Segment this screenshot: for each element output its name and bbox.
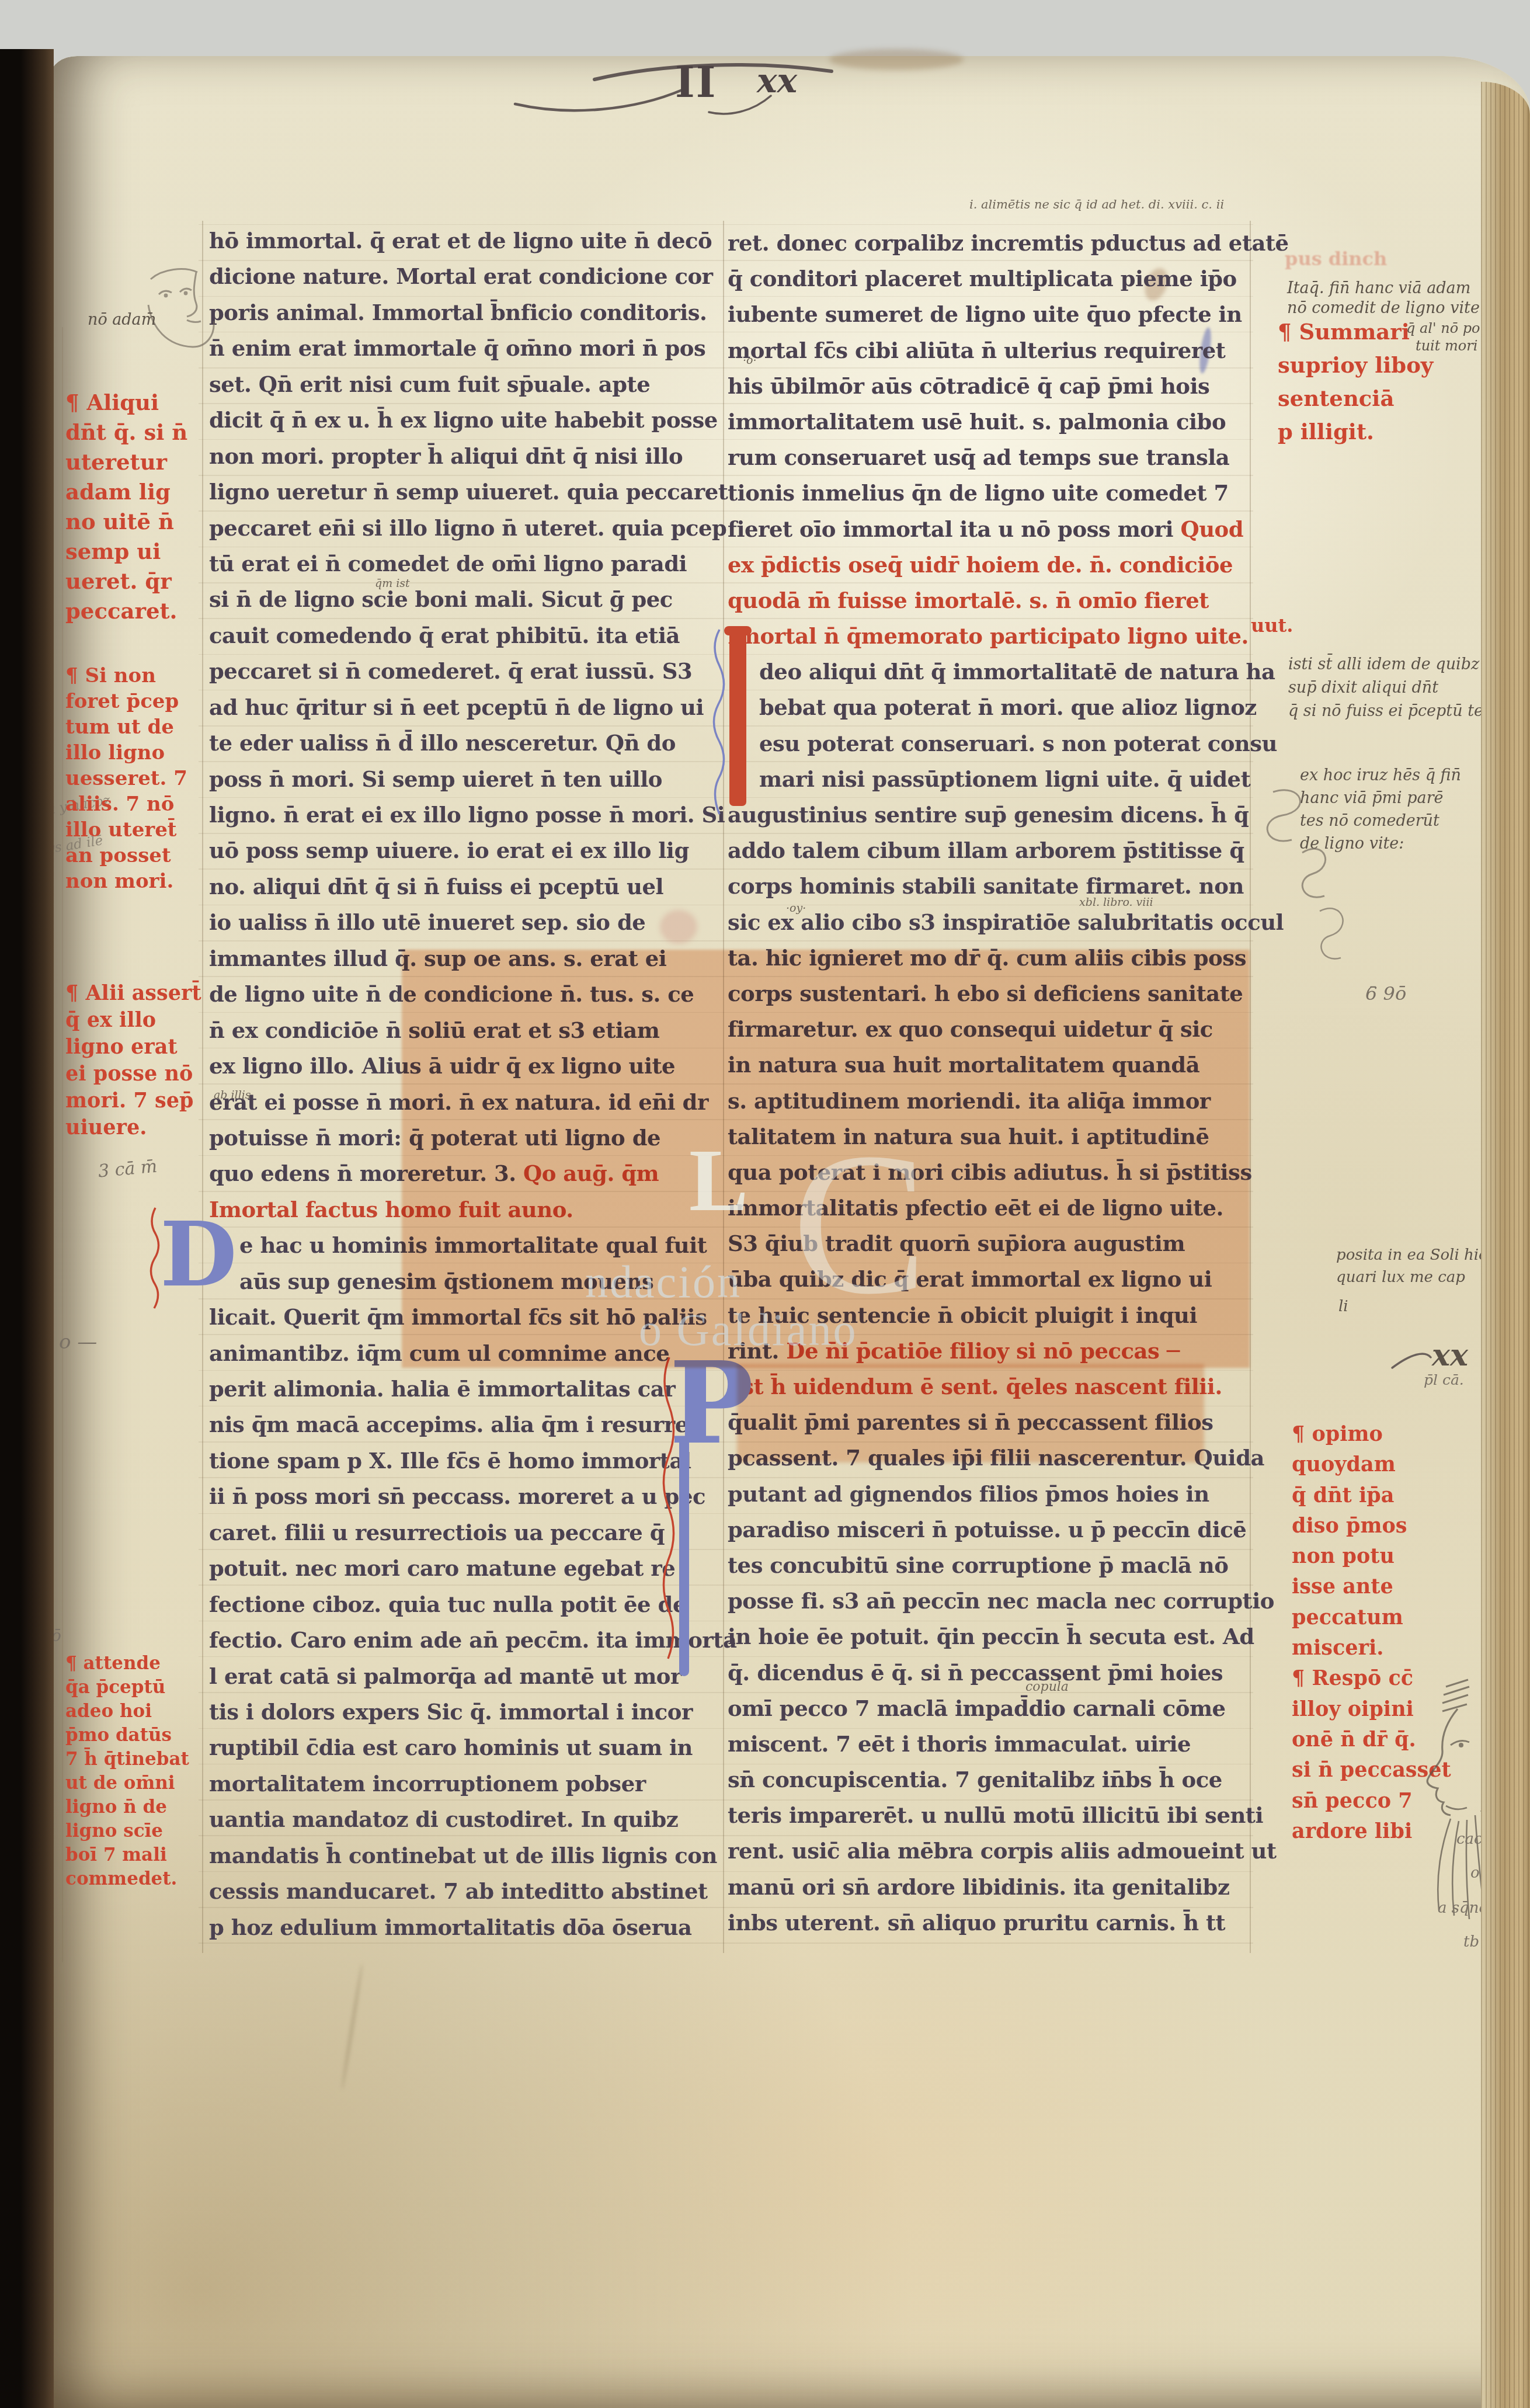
text-line: ligno n̄ de — [65, 1795, 189, 1819]
initial-P-tail — [679, 1438, 689, 1676]
initial-D: D — [160, 1210, 237, 1299]
text-line: sentenciā — [1278, 382, 1433, 415]
text-line: uiuere. — [65, 1114, 201, 1141]
text-line: deo aliqui dn̄t q̄ immortalitatē de natu… — [728, 654, 1251, 690]
text-line: dn̄t q̄. si n̄ — [65, 418, 187, 447]
text-line: inbs uterent. sn̄ aliquo pruritu carnis.… — [728, 1905, 1251, 1941]
margin-red-note: ¶ Aliquidn̄t q̄. si n̄utereturadam ligno… — [65, 388, 187, 626]
text-line: non potu — [1292, 1541, 1451, 1572]
stain-top — [829, 49, 964, 70]
text-line: tū erat ei n̄ comedet de om̄i ligno para… — [209, 546, 726, 582]
text-line: ret. donec corpalibz incremtis pductus a… — [728, 225, 1251, 261]
text-line: quoydam — [1292, 1450, 1451, 1480]
text-line: uesseret. 7 — [65, 766, 187, 791]
manuscript-scan: II xx hō immortal. q̄ erat et de ligno u… — [0, 0, 1530, 2408]
text-line: sn̄ concupiscentia. 7 genitalibz in̄bs h… — [728, 1762, 1251, 1798]
text-line: cauit comedendo q̄ erat phibitū. ita eti… — [209, 618, 726, 654]
text-line: ueret. q̄r — [65, 567, 187, 596]
text-line: sup̄ dixit aliqui dn̄t — [1288, 676, 1483, 700]
text-line: q̄a p̄ceptū — [65, 1676, 189, 1700]
text-line: ¶ Aliqui — [65, 388, 187, 418]
text-line: q̄ dn̄t ip̄a — [1292, 1481, 1451, 1511]
text-line: uteretur — [65, 447, 187, 477]
text-line: ligno scīe — [65, 1819, 189, 1843]
text-line: q̄ ex illo — [65, 1007, 201, 1034]
interlinear-gloss: ab illis — [214, 1089, 251, 1102]
text-line: manū ori sn̄ ardore libidinis. ita genit… — [728, 1870, 1251, 1905]
text-line: q̄ conditori placeret multiplicata pieme… — [728, 261, 1251, 297]
text-line: cessis manducaret. 7 ab inteditto abstin… — [209, 1874, 726, 1909]
text-line: posse fi. s3 an̄ peccīn nec macla nec co… — [728, 1583, 1251, 1619]
text-line: perit alimonia. halia ē immortalitas car — [209, 1371, 726, 1407]
margin-ink-note: isti st̄ alli idem de quibzsup̄ dixit al… — [1288, 653, 1483, 723]
initial-D-filigree — [145, 1207, 162, 1312]
watermark-band — [737, 1364, 1204, 1462]
text-line: isti st̄ alli idem de quibz — [1288, 653, 1483, 676]
text-segment: fieret oīo immortal ita u nō poss mori — [728, 516, 1180, 542]
watermark-text: o Galdiano — [639, 1304, 857, 1356]
text-line: commedet. — [65, 1867, 189, 1891]
margin-red-note: ¶ Si nonforet p̄ceptum ut deillo lignoue… — [65, 663, 187, 894]
text-line: uantia mandatoz di custodiret. In quibz — [209, 1802, 726, 1837]
text-line: illo uteret̄ — [65, 817, 187, 843]
text-line: ruptibil c̄dia est caro hominis ut suam … — [209, 1730, 726, 1766]
text-line: addo talem cibum illam arborem p̄stitiss… — [728, 833, 1251, 868]
text-line: mori. 7 sep̄ — [65, 1087, 201, 1114]
text-line: putant ad gignendos filios p̄mos hoies i… — [728, 1476, 1251, 1512]
text-line: rum conseruaret usq̄ ad temps sue transl… — [728, 440, 1251, 475]
text-line: non mori. — [65, 868, 187, 894]
text-line: augustinius sentire sup̄ genesim dicens.… — [728, 797, 1251, 833]
text-line: p illigit. — [1278, 415, 1433, 449]
text-line: peccatum — [1292, 1603, 1451, 1633]
text-line: esu poterat conseruari. s non poterat co… — [728, 726, 1251, 762]
text-line: peccaret en̄i si illo ligno n̄ uteret. q… — [209, 510, 726, 546]
margin-red-note: ¶ Alii assert̄q̄ ex illoligno eratei pos… — [65, 980, 201, 1141]
text-line: q̄ si nō fuiss ei p̄ceptū te — [1288, 700, 1483, 723]
margin-ink-note: Itaq̄. fin̄ hanc viā adam — [1287, 279, 1470, 297]
text-line: ex p̄dictis oseq̄ uidr̄ hoiem de. n̄. co… — [728, 547, 1251, 583]
text-line: sic ex alio cibo s3 inspiratiōe salubrit… — [728, 905, 1251, 940]
column-rule-left — [202, 221, 203, 1953]
text-line: corps hominis stabili sanitate firmaret.… — [728, 868, 1251, 904]
text-line: ¶ Alii assert̄ — [65, 980, 201, 1007]
text-line: dicione nature. Mortal erat condicione c… — [209, 259, 726, 294]
page-fore-edge — [1481, 82, 1530, 2408]
interlinear-gloss: copula — [1025, 1680, 1069, 1694]
text-line: non mori. propter h̄ aliqui dn̄t q̄ nisi… — [209, 439, 726, 474]
text-line: misceri. — [1292, 1633, 1451, 1663]
text-line: l erat catā si palmorq̄a ad mantē ut mor — [209, 1659, 726, 1694]
text-line: peccaret si n̄ comederet. q̄ erat iussū.… — [209, 654, 726, 689]
margin-pencil-note: 6̄ 9ō — [1365, 982, 1406, 1005]
text-line: no uitē n̄ — [65, 507, 187, 537]
text-line: adeo hoi — [65, 1700, 189, 1724]
text-line: an posset — [65, 843, 187, 868]
text-line: iubente sumeret de ligno uite q̄uo pfect… — [728, 297, 1251, 332]
margin-ink-note: posita in ea Soli hicquari lux me cap — [1336, 1244, 1487, 1288]
faded-red-offset: pus dinch — [1285, 248, 1387, 270]
text-line: quari lux me cap — [1336, 1266, 1487, 1288]
text-line: ligno erat — [65, 1034, 201, 1061]
folio-flourish-mark: xx — [757, 61, 797, 100]
text-line: teris imparerēt. u nullū motū illicitū i… — [728, 1798, 1251, 1833]
text-line: potuit. nec mori caro matune egebat re — [209, 1551, 726, 1586]
text-line: posita in ea Soli hic — [1336, 1244, 1487, 1266]
text-line: immortalitatem usē huit. s. palmonia cib… — [728, 404, 1251, 440]
interlinear-gloss: q̄m ist — [375, 577, 410, 590]
text-line: tes concubitū sine corruptione p̄ maclā … — [728, 1548, 1251, 1583]
text-line: ei posse nō — [65, 1061, 201, 1087]
text-line: mortalitatem incorruptionem pobser — [209, 1766, 726, 1802]
margin-ink-note: li — [1338, 1298, 1348, 1315]
text-line: tionis inmelius q̄n de ligno uite comede… — [728, 475, 1251, 511]
text-line: poris animal. Immortal b̄nficio conditor… — [209, 295, 726, 331]
text-line: ligno. n̄ erat ei ex illo ligno posse n̄… — [209, 797, 726, 833]
text-line: diso p̄mos — [1292, 1511, 1451, 1541]
text-line: quodā m̄ fuisse imortalē. s. n̄ omīo fie… — [728, 583, 1251, 618]
initial-I — [729, 630, 746, 806]
text-line: si n̄ de ligno scie boni mali. Sicut ḡ p… — [209, 582, 726, 617]
text-line: no. aliqui dn̄t q̄ si n̄ fuiss ei pceptū… — [209, 869, 726, 905]
text-line: in hoie ēe potuit. q̄in peccīn h̄ secuta… — [728, 1619, 1251, 1655]
margin-pencil-note: tb — [1463, 1933, 1479, 1951]
text-line: isse ante — [1292, 1572, 1451, 1602]
text-line: Imortal n̄ q̄memorato participato ligno … — [728, 618, 1251, 654]
text-line: tione spam p X. Ille fc̄s ē homo immorta… — [209, 1443, 726, 1479]
interlinear-gloss: xbl. libro. viii — [1079, 896, 1153, 909]
text-line: uō poss semp uiuere. io erat ei ex illo … — [209, 833, 726, 868]
text-line: dicit q̄ n̄ ex u. h̄ ex ligno uite habeb… — [209, 402, 726, 438]
text-line: foret p̄cep — [65, 689, 187, 714]
text-line: 7 h̄ q̄tinebat — [65, 1747, 189, 1771]
text-line: ¶ Si non — [65, 663, 187, 689]
initial-P-filigree — [656, 1355, 676, 1682]
text-line: adam lig — [65, 477, 187, 507]
text-line: ¶ Summari — [1278, 315, 1433, 349]
text-line: bebat qua poterat n̄ mori. que alioz lig… — [728, 690, 1251, 725]
text-line: ligno ueretur n̄ semp uiueret. quia pecc… — [209, 474, 726, 510]
text-line: his ūbilmōr aūs cōtradicē q̄ cap̄ p̄mi h… — [728, 369, 1251, 404]
text-line: p̄mo datūs — [65, 1724, 189, 1747]
text-line: ut de om̄ni — [65, 1771, 189, 1795]
margin-ink-note: nō comedit de ligno vite — [1287, 299, 1480, 317]
text-line: ii n̄ poss mori sn̄ peccass. moreret a u… — [209, 1479, 726, 1514]
text-line: ad huc q̄ritur si n̄ eet pceptū n̄ de li… — [209, 690, 726, 725]
folio-number: II — [675, 57, 717, 107]
text-line: io ualiss n̄ illo utē inueret sep. sio d… — [209, 905, 726, 940]
text-line: poss n̄ mori. Si semp uieret n̄ ten uill… — [209, 762, 726, 797]
text-line: tis i dolors expers Sic q̄. immortal i i… — [209, 1694, 726, 1730]
text-line: hō immortal. q̄ erat et de ligno uite n̄… — [209, 223, 726, 259]
initial-I-filigree — [705, 627, 726, 820]
text-line: fectio. Caro enim ade an̄ pecc̄m. ita im… — [209, 1622, 726, 1658]
margin-red-fragment: uut. — [1251, 614, 1293, 637]
margin-red-note: ¶ attendeq̄a p̄ceptūadeo hoip̄mo datūs7 … — [65, 1652, 189, 1891]
squiggle-doodle-icon — [1256, 783, 1378, 981]
text-line: paradiso misceri n̄ potuisse. u p̄ peccī… — [728, 1512, 1251, 1548]
text-line: aliis. 7 nō — [65, 791, 187, 817]
text-line: p hoz edulium immortalitatis dōa ōserua — [209, 1910, 726, 1945]
text-line: suprioy liboy — [1278, 349, 1433, 382]
text-line: ¶ opimo — [1292, 1419, 1451, 1450]
text-line: tum ut de — [65, 714, 187, 740]
text-line: boī 7 mali — [65, 1843, 189, 1867]
text-line: semp ui — [65, 537, 187, 567]
interlinear-gloss: ·oy· — [786, 902, 806, 915]
text-line: peccaret. — [65, 596, 187, 626]
text-line: q̄. dicendus ē q̄. si n̄ peccassent p̄mi… — [728, 1655, 1251, 1691]
book-binding-gutter — [0, 49, 54, 2408]
text-line: fieret oīo immortal ita u nō poss mori Q… — [728, 512, 1251, 547]
text-line: ¶ attende — [65, 1652, 189, 1676]
text-line: illo ligno — [65, 740, 187, 766]
text-segment: Quod — [1180, 516, 1243, 542]
text-line: mandatis h̄ continebat ut de illis ligni… — [209, 1838, 726, 1874]
text-line: nis q̄m macā accepims. alia q̄m i resurr… — [209, 1407, 726, 1443]
text-line: fectione ciboz. quia tuc nulla potit ēe … — [209, 1587, 726, 1622]
interlinear-gloss: ·o· — [743, 354, 757, 367]
text-line: set. Qn̄ erit nisi cum fuit sp̄uale. apt… — [209, 367, 726, 402]
text-line: mari nisi passūptionem ligni uite. q̄ ui… — [728, 762, 1251, 797]
margin-pencil-note: p̄l cā. — [1424, 1371, 1464, 1388]
text-line: te eder ualiss n̄ d̄ illo nesceretur. Qn… — [209, 725, 726, 761]
margin-red-note: ¶ Summarisuprioy liboysentenciāp illigit… — [1278, 315, 1433, 449]
text-line: mortal fc̄s cibi aliūta n̄ ulterius requ… — [728, 333, 1251, 369]
text-line: caret. filii u resurrectiois ua peccare … — [209, 1515, 726, 1551]
text-line: omī pecco 7 maclā impad̄dio carnali cōme — [728, 1691, 1251, 1726]
margin-rule — [62, 327, 63, 1962]
interlinear-gloss: i. alimētis ne sic q̄ id ad het. di. xvi… — [969, 197, 1224, 211]
text-line: miscent. 7 eēt i thoris immaculat. uirie — [728, 1726, 1251, 1762]
watermark-letter: L — [689, 1130, 748, 1231]
margin-ink-note: nō adam̄ — [88, 311, 156, 329]
text-line: n̄ enim erat immortale q̄ om̄no mori n̄ … — [209, 331, 726, 366]
watermark-text: ndación — [585, 1256, 742, 1308]
text-line: rent. usic̄ alia mēbra corpis aliis admo… — [728, 1833, 1251, 1869]
margin-pencil-note: a sq̄ne — [1438, 1899, 1488, 1917]
